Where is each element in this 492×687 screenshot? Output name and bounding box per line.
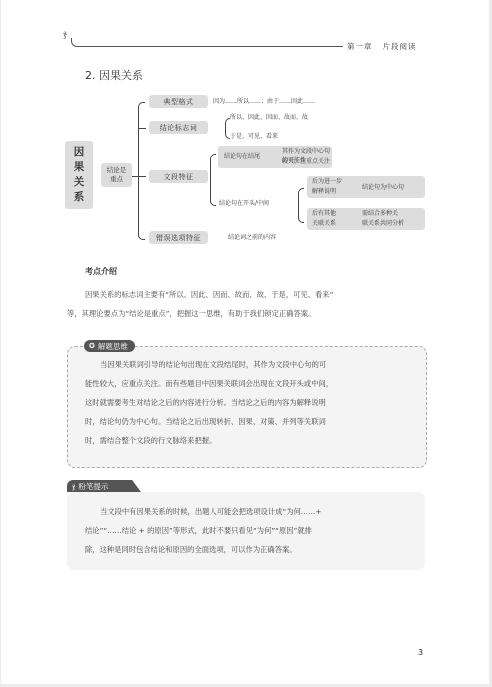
end-desc: 较大，应重点关注 bbox=[282, 157, 330, 166]
marker-words-1: 所以、因此、因而、故而、故 bbox=[230, 113, 308, 122]
star-badge-icon: ✪ bbox=[89, 342, 95, 350]
key-node-line: 结论是 bbox=[107, 166, 127, 175]
root-char: 系 bbox=[74, 190, 85, 205]
case-result: 结论句为中心句 bbox=[362, 183, 404, 192]
root-char: 果 bbox=[74, 160, 85, 175]
thinking-line: 这时就需要考生对结论之后的内容进行分析。当结论之后的内容为解释说明 bbox=[85, 394, 326, 412]
case-explanation: 后为进一步 解释说明 结论句为中心句 bbox=[307, 176, 425, 198]
connector bbox=[138, 176, 146, 177]
tips-line: 结论”“……结论 + 的原因”等形式，此时不要只看见“为何”“原因”就排 bbox=[85, 522, 312, 540]
case-result: 需结合多种关 bbox=[362, 209, 398, 218]
intro-heading: 考点介绍 bbox=[85, 266, 117, 277]
branch-passage-features: 文段特征 bbox=[149, 170, 208, 183]
thinking-line: 能性较大，应重点关注。而有些题目中因果关联词会出现在文段开头或中间， bbox=[85, 375, 333, 393]
case-cond: 解释说明 bbox=[312, 187, 336, 196]
main-brace bbox=[138, 102, 145, 240]
thinking-line: 时，需结合整个文段的行文脉络来把握。 bbox=[85, 432, 216, 450]
sprout-icon: ჯ bbox=[72, 482, 75, 491]
tips-title: 粉笔提示 bbox=[78, 481, 108, 492]
case-cond: 后为进一步 bbox=[312, 177, 342, 186]
conclusion-at-start-middle: 结论句在开头/中间 bbox=[219, 199, 269, 208]
sprout-icon: ჯ bbox=[63, 31, 67, 40]
running-header: 第一章片段阅读 bbox=[347, 41, 417, 52]
wrong-option-text: 结论词之前的内容 bbox=[228, 233, 276, 242]
thinking-line: 当因果关联词引导的结论句出现在文段结尾时，其作为文段中心句的可 bbox=[100, 356, 326, 374]
branch-typical-format: 典型格式 bbox=[149, 95, 208, 108]
tips-line: 当文段中有因果关系的时候，出题人可能会把选项设计成“为何……+ bbox=[100, 503, 322, 521]
case-result: 联关系共同分析 bbox=[362, 219, 404, 228]
header-rule bbox=[77, 46, 343, 47]
case-cond: 后有其他 bbox=[312, 209, 336, 218]
mindmap-key-node: 结论是 重点 bbox=[101, 163, 132, 187]
section-label: 片段阅读 bbox=[383, 42, 417, 51]
typical-format-text: 因为……所以……；由于……因此…… bbox=[213, 97, 315, 106]
mindmap-root: 因 果 关 系 bbox=[65, 141, 93, 209]
thinking-title: 解题思维 bbox=[98, 341, 128, 352]
root-char: 关 bbox=[74, 175, 85, 190]
section-title: 2. 因果关系 bbox=[85, 67, 143, 83]
intro-line: 因果关系的标志词主要有“所以、因此、因而、故而、故、于是、可见、看来” bbox=[85, 286, 333, 304]
branch-conclusion-markers: 结论标志词 bbox=[149, 121, 208, 134]
page-number: 3 bbox=[418, 648, 423, 657]
features-brace bbox=[210, 154, 216, 206]
conclusion-at-end: 结论句在结尾 其作为文段中心句的可能性 较大，应重点关注 bbox=[218, 146, 332, 168]
middle-brace bbox=[298, 188, 304, 223]
intro-line: 等，其理论要点为“结论是重点”，把握这一思维，有助于我们锁定正确答案。 bbox=[67, 305, 315, 323]
thinking-badge: ✪ 解题思维 bbox=[84, 340, 135, 352]
tips-tab: ჯ 粉笔提示 bbox=[67, 480, 141, 492]
connector bbox=[138, 128, 146, 129]
tips-line: 除，这种是同时包含结论和原因的全面选项，可以作为正确答案。 bbox=[85, 541, 297, 559]
case-other-relations: 后有其他 关联关系 需结合多种关 联关系共同分析 bbox=[307, 208, 425, 230]
chapter-label: 第一章 bbox=[347, 42, 373, 51]
thinking-line: 时，结论句仍为中心句。当结论之后出现转折、因果、对策、并列等关联词 bbox=[85, 413, 326, 431]
root-char: 因 bbox=[74, 145, 85, 160]
end-label: 结论句在结尾 bbox=[224, 152, 260, 161]
key-node-line: 重点 bbox=[110, 175, 123, 184]
branch-wrong-option: 错误选项特征 bbox=[149, 231, 208, 244]
marker-words-2: 于是、可见、看来 bbox=[230, 132, 278, 141]
case-cond: 关联关系 bbox=[312, 219, 336, 228]
